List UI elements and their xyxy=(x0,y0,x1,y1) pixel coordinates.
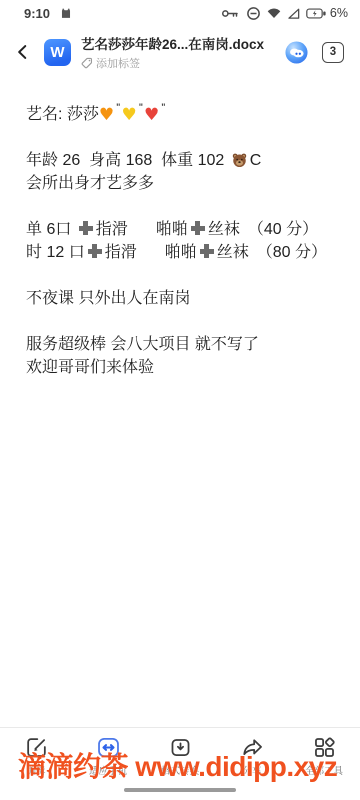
doc-line-service: 服务超级棒 会八大项目 就不写了 xyxy=(26,333,334,356)
wifi-icon xyxy=(266,6,282,20)
yellow-heart-emoji: ♥ xyxy=(121,105,137,125)
battery-icon xyxy=(306,7,327,20)
orange-heart-emoji: ♥ xyxy=(99,105,115,125)
doc-line-name: 艺名: 莎莎♥"♥"♥" xyxy=(26,96,334,126)
red-heart-emoji: ♥ xyxy=(144,105,160,125)
ai-assistant-button[interactable] xyxy=(284,40,309,65)
vpn-key-icon xyxy=(221,6,241,21)
phone-screen: 9:10 6% W 艺名莎莎年龄26...在南岗.docx 添加标签 xyxy=(0,0,360,800)
watermark-text: 滴滴约茶 www.didipp.xyz xyxy=(18,745,337,785)
doc-line-price2: 时 12 口指滑啪啪丝袜（80 分） xyxy=(26,241,334,264)
gesture-nav-pill[interactable] xyxy=(124,788,236,792)
status-bar: 9:10 6% xyxy=(0,0,360,26)
plus-icon xyxy=(200,244,214,258)
heart-mark: " xyxy=(161,102,165,112)
open-tabs-button[interactable]: 3 xyxy=(322,42,344,63)
doc-line-stats: 年龄 26 身高 168 体重 102 C xyxy=(26,149,334,172)
tag-icon xyxy=(81,57,93,69)
plus-icon xyxy=(88,244,102,258)
plus-icon xyxy=(79,221,93,235)
doc-line-origin: 会所出身才艺多多 xyxy=(26,172,334,195)
do-not-disturb-icon xyxy=(246,6,261,21)
word-doc-icon: W xyxy=(44,39,71,66)
ai-assistant-icon xyxy=(284,40,309,65)
battery-percent: 6% xyxy=(330,6,348,20)
heart-mark: " xyxy=(139,102,143,112)
document-title: 艺名莎莎年龄26...在南岗.docx xyxy=(81,33,264,53)
word-doc-letter: W xyxy=(50,44,64,61)
doc-line-price1: 单 6口 指滑啪啪丝袜（40 分） xyxy=(26,218,334,241)
back-button[interactable] xyxy=(10,39,36,65)
status-icons: 6% xyxy=(221,6,348,21)
notification-app-icon xyxy=(59,6,73,20)
doc-line-welcome: 欢迎哥哥们来体验 xyxy=(26,356,334,379)
heart-mark: " xyxy=(116,102,120,112)
bear-emoji xyxy=(231,152,248,168)
plus-icon xyxy=(191,221,205,235)
document-page[interactable]: 艺名: 莎莎♥"♥"♥" 年龄 26 身高 168 体重 102 C 会所出身才… xyxy=(0,76,360,728)
tab-count: 3 xyxy=(330,46,336,58)
document-header: W 艺名莎莎年龄26...在南岗.docx 添加标签 xyxy=(0,26,360,78)
clock: 9:10 xyxy=(24,6,50,21)
title-box: 艺名莎莎年龄26...在南岗.docx 添加标签 xyxy=(81,33,264,71)
add-tag-label: 添加标签 xyxy=(96,55,140,71)
cell-signal-icon xyxy=(287,7,301,20)
doc-line-night: 不夜课 只外出人在南岗 xyxy=(26,287,334,310)
add-tag-button[interactable]: 添加标签 xyxy=(81,55,264,71)
